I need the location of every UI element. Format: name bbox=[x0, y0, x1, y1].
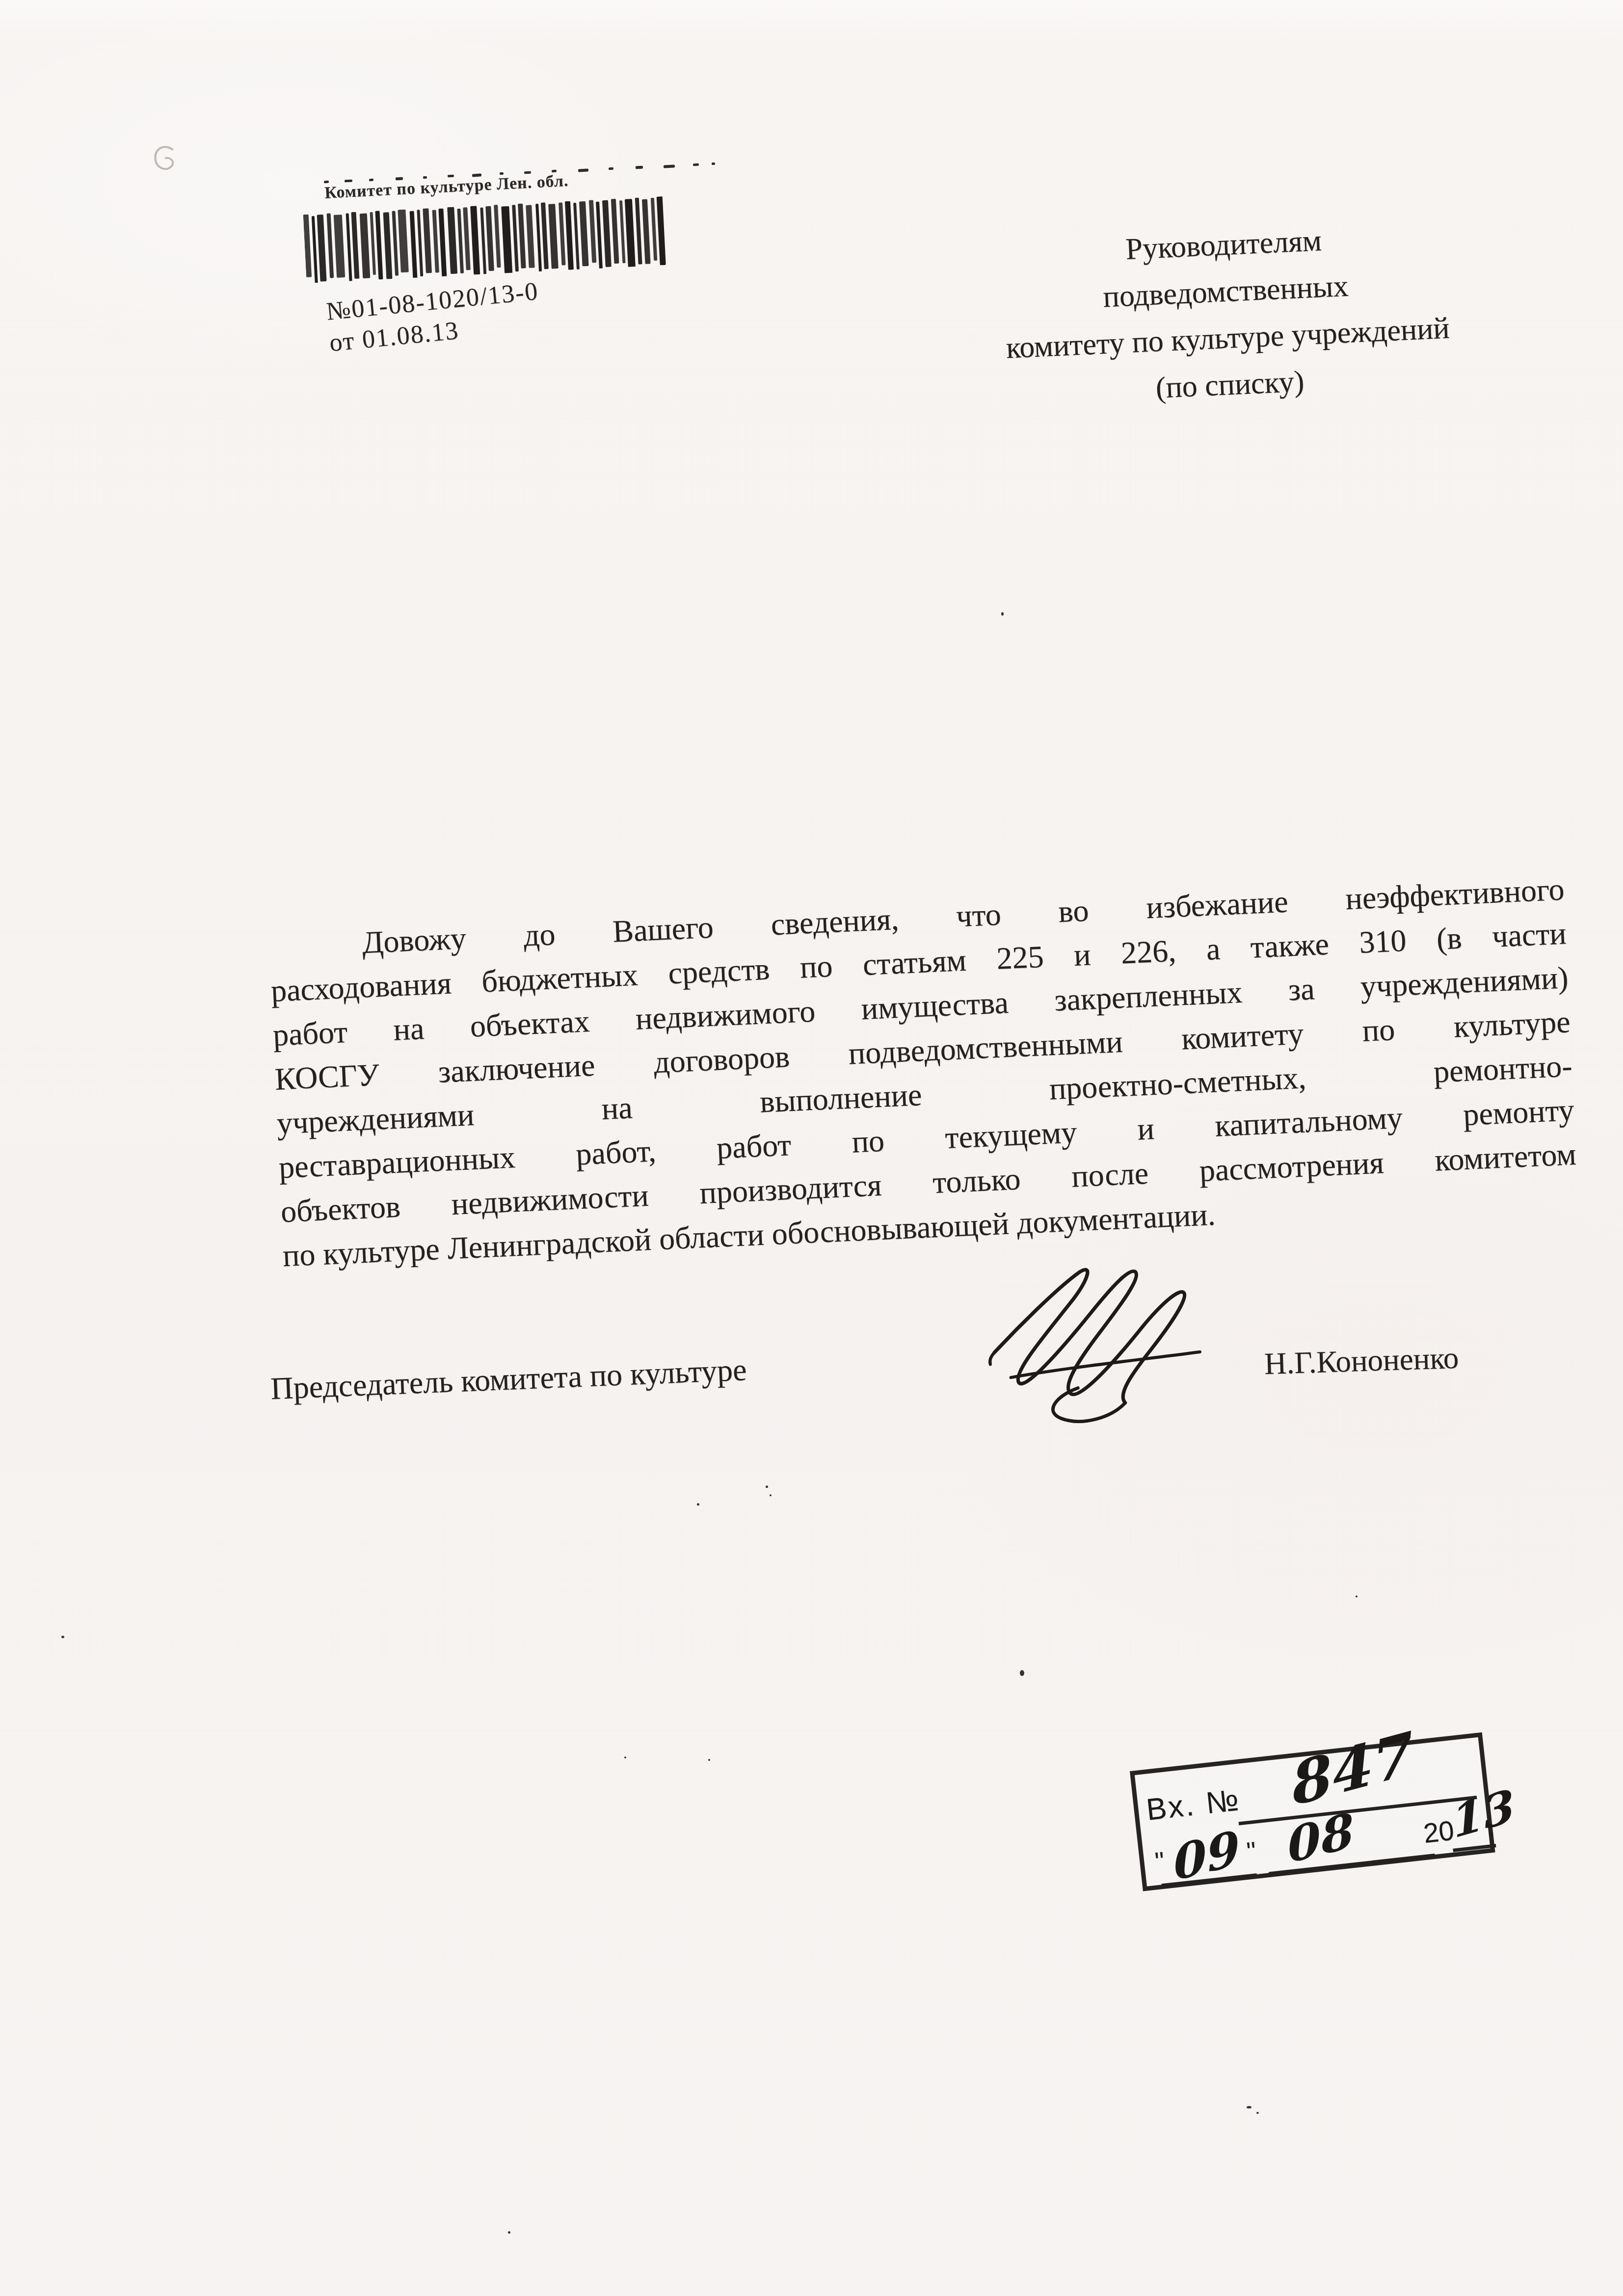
barcode-bar bbox=[635, 197, 642, 264]
incoming-stamp: Вх. № 847 " 09 " 08 20 13 . bbox=[1130, 1732, 1495, 1891]
barcode-bar bbox=[447, 207, 457, 274]
scan-speck bbox=[1001, 612, 1004, 616]
barcode-bar bbox=[559, 202, 565, 265]
scan-speck bbox=[1256, 2112, 1259, 2114]
barcode-bar bbox=[651, 198, 657, 261]
barcode-bar bbox=[619, 200, 625, 263]
stamp-quote-open: " bbox=[1153, 1846, 1166, 1878]
barcode-bar bbox=[432, 210, 439, 272]
barcode-bar bbox=[589, 200, 596, 263]
barcode-bar bbox=[642, 199, 651, 264]
barcode-bar bbox=[398, 210, 408, 273]
barcode-bar bbox=[392, 211, 399, 276]
barcode-bar bbox=[657, 196, 666, 265]
scan-speck bbox=[500, 172, 504, 175]
scan-speck bbox=[664, 164, 675, 168]
barcode-bar bbox=[375, 211, 383, 279]
barcode-bar bbox=[596, 202, 603, 270]
scan-speck bbox=[712, 162, 715, 165]
scan-speck bbox=[697, 1503, 699, 1506]
scan-speck bbox=[448, 175, 454, 178]
scan-speck bbox=[708, 1759, 710, 1761]
barcode-bar bbox=[370, 212, 376, 275]
signer-name: Н.Г.Кононенко bbox=[1264, 1340, 1459, 1382]
barcode-bar bbox=[602, 200, 612, 267]
incoming-year-handwritten: 13 bbox=[1450, 1779, 1517, 1848]
barcode-bar bbox=[360, 214, 371, 279]
barcode-bar bbox=[485, 206, 494, 271]
scan-speck bbox=[609, 167, 613, 170]
barcode-bar bbox=[383, 212, 393, 279]
barcode-bar bbox=[611, 199, 619, 264]
barcode bbox=[303, 196, 673, 283]
stamp-quote-close: " bbox=[1245, 1836, 1258, 1867]
scan-speck bbox=[1247, 2106, 1251, 2108]
barcode-bar bbox=[501, 206, 512, 275]
barcode-bar bbox=[541, 202, 549, 269]
scan-speck bbox=[345, 180, 352, 183]
scan-speck bbox=[552, 170, 557, 173]
scanned-letter-page: Комитет по культуре Лен. обл. №01-08-102… bbox=[0, 0, 1623, 2296]
barcode-bar bbox=[518, 203, 526, 268]
scan-speck bbox=[324, 181, 329, 184]
sender-organization: Комитет по культуре Лен. обл. bbox=[324, 172, 569, 203]
barcode-bar bbox=[512, 205, 519, 271]
scan-speck bbox=[369, 179, 373, 181]
barcode-bar bbox=[457, 209, 464, 273]
barcode-bar bbox=[470, 206, 480, 274]
scan-speck bbox=[1356, 1595, 1357, 1597]
stamp-year-prefix: 20 bbox=[1422, 1814, 1456, 1849]
barcode-bar bbox=[334, 215, 345, 278]
scan-speck bbox=[508, 2231, 510, 2234]
barcode-bar bbox=[417, 210, 423, 276]
scan-speck bbox=[578, 168, 588, 172]
barcode-bar bbox=[423, 208, 432, 273]
addressee-block: Руководителямподведомственныхкомитету по… bbox=[911, 208, 1543, 422]
barcode-bar bbox=[438, 209, 447, 277]
barcode-bar bbox=[625, 199, 636, 268]
barcode-bar bbox=[317, 215, 327, 281]
barcode-bar bbox=[565, 201, 574, 270]
scan-speck bbox=[770, 1494, 772, 1496]
letter-body: Довожу до Вашего сведения, что во избежа… bbox=[268, 867, 1579, 1278]
scan-speck bbox=[636, 166, 643, 169]
scan-speck bbox=[766, 1486, 768, 1488]
scan-speck bbox=[524, 171, 531, 174]
barcode-bar bbox=[351, 212, 359, 279]
signature-stroke bbox=[979, 1260, 1210, 1432]
scan-speck bbox=[472, 174, 481, 177]
scan-speck bbox=[423, 176, 427, 179]
barcode-bar bbox=[410, 211, 418, 280]
pencil-mark bbox=[147, 143, 182, 183]
barcode-bar bbox=[548, 204, 559, 269]
barcode-bar bbox=[327, 213, 334, 278]
incoming-stamp-label: Вх. № bbox=[1144, 1783, 1242, 1828]
barcode-bar bbox=[480, 208, 486, 274]
signer-title: Председатель комитета по культуре bbox=[270, 1351, 747, 1407]
barcode-bar bbox=[494, 205, 501, 268]
scan-speck bbox=[61, 1636, 64, 1638]
barcode-bar bbox=[573, 203, 580, 270]
barcode-bar bbox=[463, 207, 470, 270]
scan-speck bbox=[693, 163, 699, 166]
barcode-bar bbox=[303, 215, 312, 277]
scan-speck bbox=[624, 1756, 626, 1758]
barcode-bar bbox=[526, 205, 534, 268]
scan-speck bbox=[1020, 1670, 1024, 1676]
barcode-bar bbox=[579, 201, 589, 266]
scan-speck bbox=[396, 177, 403, 181]
